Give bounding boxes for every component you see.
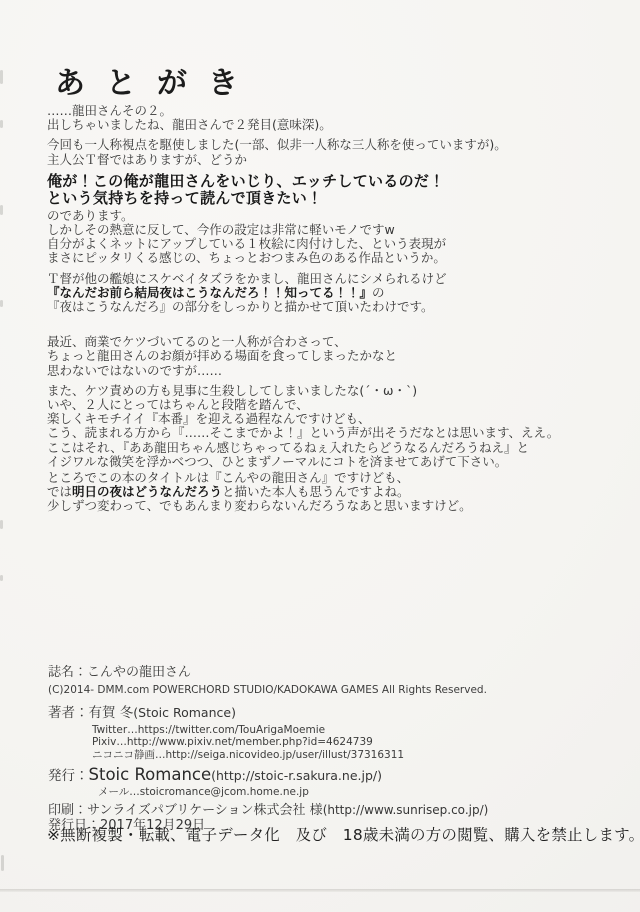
- text-line: こう、読まれる方から『……そこまでかよ！』という声が出そうだなとは思います、ええ…: [47, 426, 612, 440]
- page-title: あとがき: [55, 58, 259, 102]
- author-name: 有賀 冬: [89, 705, 134, 721]
- text-line: ところでこの本のタイトルは『こんやの龍田さん』ですけども、: [47, 471, 612, 485]
- author-circle: (Stoic Romance): [133, 705, 236, 720]
- text-line: 俺が！この俺が龍田さんをいじり、エッチしているのだ！: [47, 173, 612, 190]
- text-line: では明日の夜はどうなんだろうと描いた本人も思うんですよね。: [47, 485, 612, 499]
- paragraph: のであります。しかしその熱意に反して、今作の設定は非常に軽いモノですw自分がよく…: [47, 209, 612, 266]
- text-line: 『なんだお前ら結局夜はこうなんだろ！！知ってる！！』の: [47, 286, 612, 300]
- text-line: また、ケツ責めの方も見事に生殺ししてしまいましたな(´・ω・`): [47, 384, 612, 398]
- author-link-pixiv: Pixiv…http://www.pixiv.net/member.php?id…: [92, 736, 620, 748]
- scan-artifact: [0, 300, 3, 307]
- text-line: 自分がよくネットにアップしている１枚絵に肉付けした、という表現が: [47, 237, 612, 251]
- printer-url: (http://www.sunrisep.co.jp/): [323, 803, 489, 817]
- author-label: 著者：: [48, 705, 89, 721]
- paragraph: また、ケツ責めの方も見事に生殺ししてしまいましたな(´・ω・`)いや、２人にとっ…: [47, 384, 612, 469]
- paragraph: ところでこの本のタイトルは『こんやの龍田さん』ですけども、では明日の夜はどうなん…: [47, 471, 612, 514]
- scan-artifact: [0, 520, 3, 529]
- text-line: 今回も一人称視点を駆使しました(一部、似非一人称な三人称を使っていますが)。: [47, 138, 612, 152]
- publisher-label: 発行：: [48, 768, 89, 784]
- copyright-line: (C)2014- DMM.com POWERCHORD STUDIO/KADOK…: [48, 684, 620, 697]
- printer-name: サンライズパブリケーション株式会社 様: [87, 803, 323, 818]
- text-line: いや、２人にとってはちゃんと段階を踏んで、: [47, 398, 612, 412]
- text-line: のであります。: [47, 209, 612, 223]
- magazine-title-line: 誌名：こんやの龍田さん: [48, 665, 620, 681]
- prohibition-notice: ※無断複製・転載、電子データ化 及び 18歳未満の方の閲覧、購入を禁止します。: [47, 826, 640, 845]
- printer-label: 印刷：: [48, 803, 87, 818]
- text-line: しかしその熱意に反して、今作の設定は非常に軽いモノですw: [47, 223, 612, 237]
- text-line: 出しちゃいましたね、龍田さんで２発目(意味深)。: [47, 118, 612, 132]
- text-line: Ｔ督が他の艦娘にスケベイタズラをかまし、龍田さんにシメられるけど: [47, 272, 612, 286]
- publisher-name: Stoic Romance: [89, 765, 212, 784]
- paragraph: Ｔ督が他の艦娘にスケベイタズラをかまし、龍田さんにシメられるけど『なんだお前ら結…: [47, 272, 612, 315]
- magazine-title-label: 誌名：: [48, 665, 87, 680]
- paragraph: 最近、商業でケツづいてるのと一人称が合わさって、ちょっと龍田さんのお顔が拝める場…: [47, 335, 612, 378]
- text-line: 少しずつ変わって、でもあんまり変わらないんだろうなあと思いますけど。: [47, 499, 612, 513]
- text-line: ここはそれ、『ああ龍田ちゃん感じちゃってるねぇ入れたらどうなるんだろうねえ』と: [47, 441, 612, 455]
- text-line: ちょっと龍田さんのお顔が拝める場面を食ってしまったかなと: [47, 349, 612, 363]
- colophon: 誌名：こんやの龍田さん (C)2014- DMM.com POWERCHORD …: [48, 665, 620, 833]
- text-line: 『夜はこうなんだろ』の部分をしっかりと描かせて頂いたわけです。: [47, 300, 612, 314]
- text-line: 思わないではないのですが……: [47, 364, 612, 378]
- text-line: 楽しくキモチイイ『本番』を迎える過程なんですけども、: [47, 412, 612, 426]
- text-line: 主人公Ｔ督ではありますが、どうか: [47, 153, 612, 167]
- printer-line: 印刷：サンライズパブリケーション株式会社 様(http://www.sunris…: [48, 803, 620, 818]
- text-line: まさにピッタリくる感じの、ちょっとおつまみ色のある作品というか。: [47, 251, 612, 265]
- scan-artifact: [0, 575, 3, 581]
- text-line: ……龍田さんその２。: [47, 104, 612, 118]
- text-line: イジワルな微笑を浮かべつつ、ひとまずノーマルにコトを済ませてあげて下さい。: [47, 455, 612, 469]
- author-links: Twitter…https://twitter.com/TouArigaMoem…: [48, 724, 620, 761]
- paragraph: 今回も一人称視点を駆使しました(一部、似非一人称な三人称を使っていますが)。主人…: [47, 138, 612, 166]
- scan-bottom-shadow: [0, 889, 640, 892]
- publisher-line: 発行：Stoic Romance(http://stoic-r.sakura.n…: [48, 766, 620, 785]
- magazine-title-value: こんやの龍田さん: [87, 665, 191, 680]
- author-link-twitter: Twitter…https://twitter.com/TouArigaMoem…: [92, 724, 620, 736]
- scan-artifact: [1, 855, 4, 871]
- author-line: 著者：有賀 冬(Stoic Romance): [48, 704, 620, 722]
- paragraph: ……龍田さんその２。出しちゃいましたね、龍田さんで２発目(意味深)。: [47, 104, 612, 132]
- publisher-url: (http://stoic-r.sakura.ne.jp/): [211, 768, 382, 783]
- text-line: という気持ちを持って読んで頂きたい！: [47, 190, 612, 207]
- afterword-body-text: ……龍田さんその２。出しちゃいましたね、龍田さんで２発目(意味深)。今回も一人称…: [47, 104, 612, 520]
- text-line: 最近、商業でケツづいてるのと一人称が合わさって、: [47, 335, 612, 349]
- publisher-email: メール…stoicromance@jcom.home.ne.jp: [48, 786, 620, 799]
- scan-artifact: [0, 120, 3, 128]
- author-link-nicoseiga: ニコニコ静画…http://seiga.nicovideo.jp/user/il…: [92, 749, 620, 761]
- scan-artifact: [0, 70, 3, 84]
- scan-artifact: [0, 205, 3, 215]
- afterword-page: あとがき ……龍田さんその２。出しちゃいましたね、龍田さんで２発目(意味深)。今…: [0, 0, 640, 912]
- paragraph: 俺が！この俺が龍田さんをいじり、エッチしているのだ！という気持ちを持って読んで頂…: [47, 173, 612, 207]
